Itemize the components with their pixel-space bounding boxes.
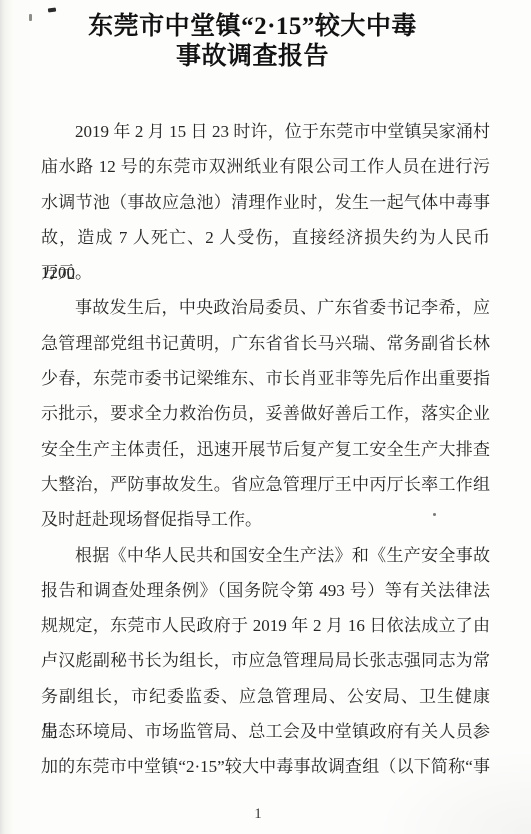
document-title: 东莞市中堂镇“2·15”较大中毒 事故调查报告 — [0, 12, 505, 72]
body-line: 加的东莞市中堂镇“2·15”较大中毒事故调查组（以下简称“事 — [41, 749, 490, 784]
body-line: 万元。 — [41, 255, 490, 290]
body-line: 安全生产主体责任，迅速开展节后复产复工安全生产大排查 — [41, 432, 490, 467]
scanned-document-page: 东莞市中堂镇“2·15”较大中毒 事故调查报告 2019 年 2 月 15 日 … — [0, 0, 531, 834]
body-line: 报告和调查处理条例》（国务院令第 493 号）等有关法律法 — [41, 573, 490, 608]
body-line: 急管理部党组书记黄明，广东省省长马兴瑞、常务副省长林 — [41, 326, 490, 361]
body-line: 大整治，严防事故发生。省应急管理厅王中丙厅长率工作组 — [41, 467, 490, 502]
body-line: 少春，东莞市委书记梁维东、市长肖亚非等先后作出重要指 — [41, 361, 490, 396]
page-number: 1 — [0, 804, 516, 824]
paragraph-1: 2019 年 2 月 15 日 23 时许，位于东莞市中堂镇吴家涌村 庙水路 1… — [41, 114, 490, 290]
body-line: 示批示，要求全力救治伤员，妥善做好善后工作，落实企业 — [41, 396, 490, 431]
body-line: 2019 年 2 月 15 日 23 时许，位于东莞市中堂镇吴家涌村 — [41, 114, 490, 149]
paragraph-2: 事故发生后，中央政治局委员、广东省委书记李希，应 急管理部党组书记黄明，广东省省… — [41, 290, 490, 537]
title-line-1: 东莞市中堂镇“2·15”较大中毒 — [0, 12, 505, 42]
body-line: 生态环境局、市场监管局、总工会及中堂镇政府有关人员参 — [41, 714, 490, 749]
body-line: 务副组长，市纪委监委、应急管理局、公安局、卫生健康局、 — [41, 679, 490, 714]
body-line: 事故发生后，中央政治局委员、广东省委书记李希，应 — [41, 290, 490, 325]
body-line: 庙水路 12 号的东莞市双洲纸业有限公司工作人员在进行污 — [41, 149, 490, 184]
body-line: 根据《中华人民共和国安全生产法》和《生产安全事故 — [41, 538, 490, 573]
body-line: 规规定，东莞市人民政府于 2019 年 2 月 16 日依法成立了由 — [41, 608, 490, 643]
body-line: 及时赶赴现场督促指导工作。 — [41, 502, 490, 537]
document-body: 2019 年 2 月 15 日 23 时许，位于东莞市中堂镇吴家涌村 庙水路 1… — [41, 114, 490, 785]
paragraph-3: 根据《中华人民共和国安全生产法》和《生产安全事故 报告和调查处理条例》（国务院令… — [41, 538, 490, 785]
body-line: 水调节池（事故应急池）清理作业时，发生一起气体中毒事 — [41, 185, 490, 220]
body-line: 卢汉彪副秘书长为组长，市应急管理局局长张志强同志为常 — [41, 643, 490, 678]
title-line-2: 事故调查报告 — [0, 42, 505, 72]
body-line: 故，造成 7 人死亡、2 人受伤，直接经济损失约为人民币 1200 — [41, 220, 490, 255]
